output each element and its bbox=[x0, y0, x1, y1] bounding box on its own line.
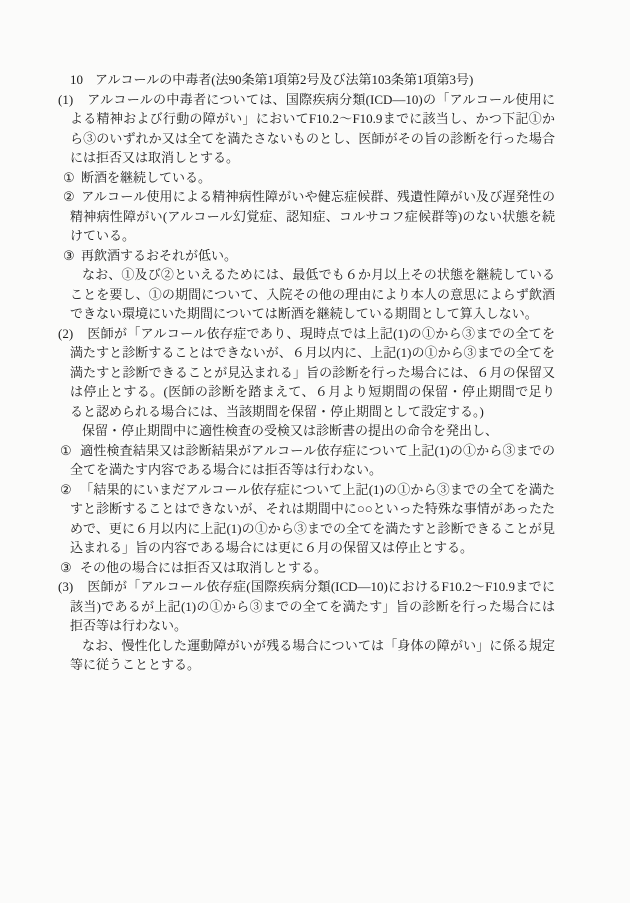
paragraph-text: 医師が「アルコール依存症(国際疾病分類(ICD―10)におけるF10.2～F10… bbox=[70, 579, 555, 633]
document-body: 10アルコールの中毒者(法90条第1項第2号及び法第103条第1項第3号)(1)… bbox=[70, 70, 555, 675]
paragraph: 10アルコールの中毒者(法90条第1項第2号及び法第103条第1項第3号) bbox=[70, 70, 555, 90]
document-page: 10アルコールの中毒者(法90条第1項第2号及び法第103条第1項第3号)(1)… bbox=[0, 0, 630, 903]
paragraph: ③再飲酒するおそれが低い。 bbox=[70, 246, 555, 266]
paragraph-marker: (2) bbox=[58, 324, 87, 344]
paragraph-text: 医師が「アルコール依存症であり、現時点では上記(1)の①から③までの全てを満たす… bbox=[70, 326, 555, 419]
paragraph: ②アルコール使用による精神病性障がいや健忘症候群、残遺性障がい及び遅発性の精神病… bbox=[70, 187, 555, 246]
paragraph-text: 「結果的にいまだアルコール依存症について上記(1)の①から③までの全てを満たすと… bbox=[70, 482, 555, 556]
paragraph: なお、①及び②といえるためには、最低でも６か月以上その状態を継続していることを要… bbox=[70, 265, 555, 324]
paragraph: なお、慢性化した運動障がいが残る場合については「身体の障がい」に係る規定等に従う… bbox=[70, 636, 555, 675]
paragraph: (2)医師が「アルコール依存症であり、現時点では上記(1)の①から③までの全てを… bbox=[70, 324, 555, 422]
paragraph-marker: ③ bbox=[63, 246, 81, 266]
paragraph: 保留・停止期間中に適性検査の受検又は診断書の提出の命令を発出し、 bbox=[70, 421, 555, 441]
paragraph: ①断酒を継続している。 bbox=[70, 168, 555, 188]
paragraph-marker: (3) bbox=[58, 577, 87, 597]
paragraph: ②「結果的にいまだアルコール依存症について上記(1)の①から③までの全てを満たす… bbox=[70, 480, 555, 558]
paragraph-text: 適性検査結果又は診断結果がアルコール依存症について上記(1)の①から③までの全て… bbox=[70, 443, 555, 478]
paragraph-text: アルコール使用による精神病性障がいや健忘症候群、残遺性障がい及び遅発性の精神病性… bbox=[70, 189, 555, 243]
paragraph-text: 再飲酒するおそれが低い。 bbox=[81, 248, 237, 263]
paragraph-marker: 10 bbox=[70, 70, 95, 90]
paragraph: (1)アルコールの中毒者については、国際疾病分類(ICD―10)の「アルコール使… bbox=[70, 90, 555, 168]
paragraph: ①適性検査結果又は診断結果がアルコール依存症について上記(1)の①から③までの全… bbox=[70, 441, 555, 480]
paragraph-text: なお、①及び②といえるためには、最低でも６か月以上その状態を継続していることを要… bbox=[70, 267, 555, 321]
paragraph: (3)医師が「アルコール依存症(国際疾病分類(ICD―10)におけるF10.2～… bbox=[70, 577, 555, 636]
paragraph-text: 断酒を継続している。 bbox=[81, 170, 211, 185]
paragraph-marker: (1) bbox=[58, 90, 87, 110]
paragraph-marker: ③ bbox=[60, 558, 80, 578]
paragraph-marker: ① bbox=[63, 168, 81, 188]
paragraph-marker: ① bbox=[60, 441, 80, 461]
paragraph-text: 保留・停止期間中に適性検査の受検又は診断書の提出の命令を発出し、 bbox=[82, 423, 498, 438]
paragraph-text: なお、慢性化した運動障がいが残る場合については「身体の障がい」に係る規定等に従う… bbox=[70, 638, 555, 673]
paragraph-text: アルコールの中毒者については、国際疾病分類(ICD―10)の「アルコール使用によ… bbox=[70, 92, 555, 166]
paragraph-text: その他の場合には拒否又は取消しとする。 bbox=[80, 560, 327, 575]
paragraph-marker: ② bbox=[60, 480, 80, 500]
paragraph-marker: ② bbox=[63, 187, 81, 207]
paragraph-text: アルコールの中毒者(法90条第1項第2号及び法第103条第1項第3号) bbox=[95, 72, 473, 87]
paragraph: ③その他の場合には拒否又は取消しとする。 bbox=[70, 558, 555, 578]
